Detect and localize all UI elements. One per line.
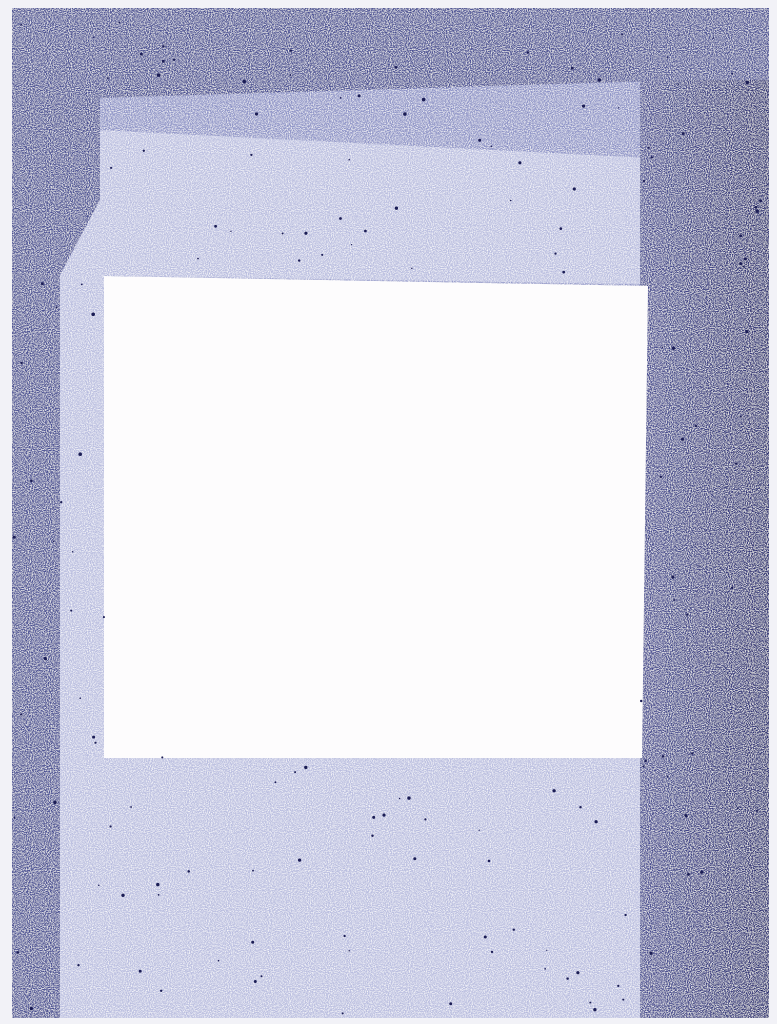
white-window xyxy=(104,276,648,758)
stipple-artwork xyxy=(0,0,777,1024)
